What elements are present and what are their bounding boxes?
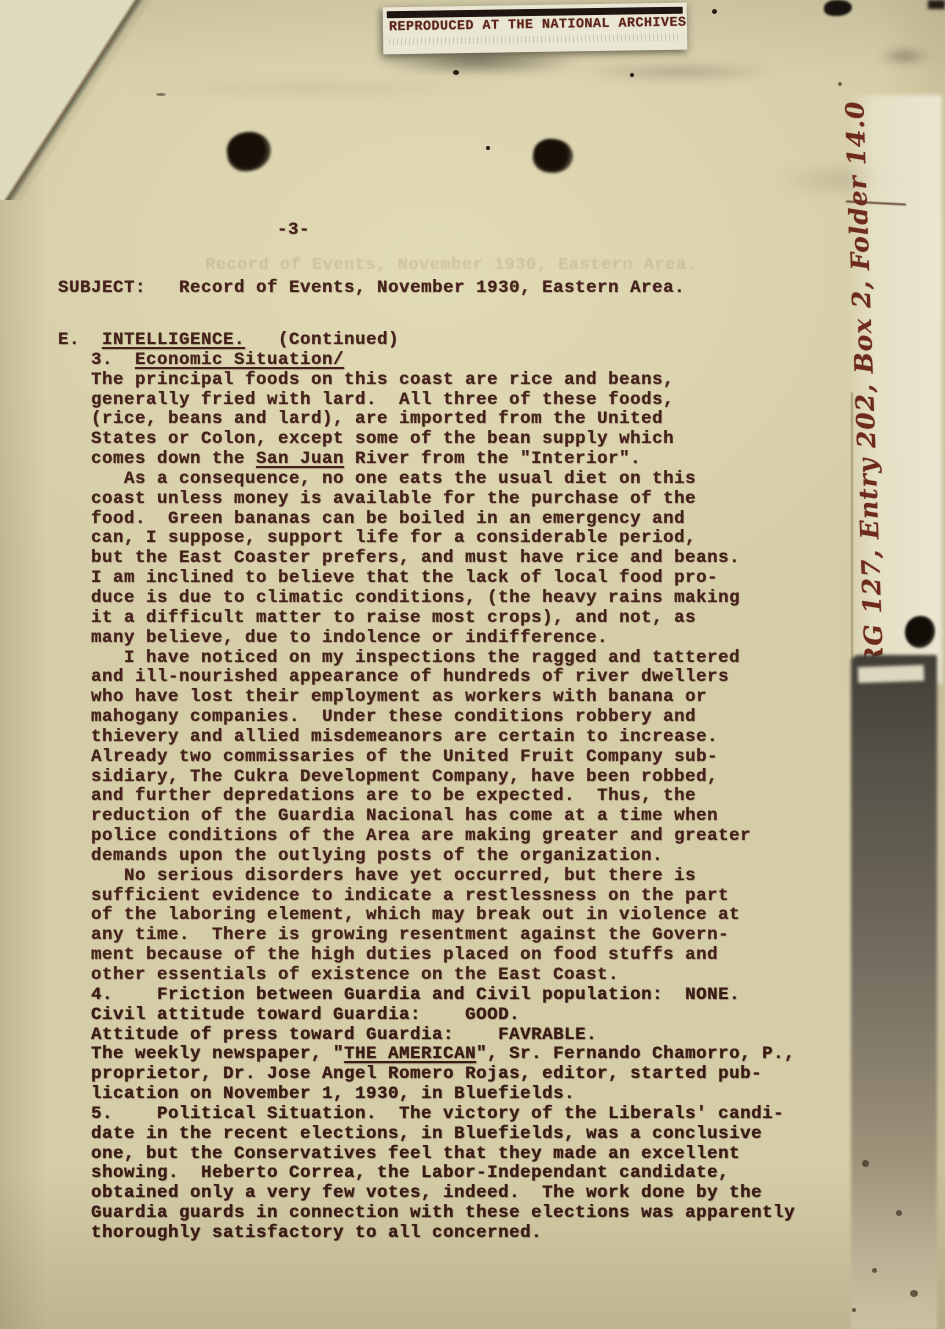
- typed-line: showing. Heberto Correa, the Labor-Indep…: [58, 1164, 795, 1184]
- page-number: -3-: [277, 220, 310, 240]
- national-archives-stamp: REPRODUCED AT THE NATIONAL ARCHIVES: [383, 3, 688, 55]
- typed-line: Already two commissaries of the United F…: [58, 748, 795, 768]
- typed-line: As a consequence, no one eats the usual …: [58, 470, 795, 490]
- typed-line: (rice, beans and lard), are imported fro…: [58, 410, 795, 430]
- typed-line: food. Green bananas can be boiled in an …: [58, 510, 795, 530]
- ink-speck: [896, 1210, 902, 1216]
- ink-speck: [838, 82, 842, 86]
- ink-speck: [712, 9, 717, 14]
- page-corner-fold: [0, 0, 150, 200]
- typed-line: comes down the San Juan River from the "…: [58, 450, 795, 470]
- typed-line: 5. Political Situation. The victory of t…: [58, 1105, 795, 1125]
- typed-line: E. INTELLIGENCE. (Continued): [58, 331, 795, 351]
- typed-line: Guardia guards in connection with these …: [58, 1204, 795, 1224]
- typed-line: duce is due to climatic conditions, (the…: [58, 589, 795, 609]
- stamp-text: REPRODUCED AT THE NATIONAL ARCHIVES: [389, 16, 681, 37]
- scan-dark-band: [851, 655, 937, 1329]
- typed-line: any time. There is growing resentment ag…: [58, 926, 795, 946]
- typed-line: who have lost their employment as worker…: [58, 688, 795, 708]
- typed-line: No serious disorders have yet occurred, …: [58, 867, 795, 887]
- typed-line: Civil attitude toward Guardia: GOOD.: [58, 1006, 795, 1026]
- ink-blob: [824, 0, 852, 16]
- typed-line: it a difficult matter to raise most crop…: [58, 609, 795, 629]
- ink-speck: [156, 93, 166, 96]
- ink-speck: [862, 1160, 869, 1167]
- typed-line: can, I suppose, support life for a consi…: [58, 529, 795, 549]
- scanned-document-page: REPRODUCED AT THE NATIONAL ARCHIVES Reco…: [0, 0, 945, 1329]
- typed-line: thievery and allied misdemeanors are cer…: [58, 728, 795, 748]
- typed-line: sufficient evidence to indicate a restle…: [58, 887, 795, 907]
- ink-smudge: [545, 62, 815, 82]
- typed-line: obtained only a very few votes, indeed. …: [58, 1184, 795, 1204]
- typed-line: reduction of the Guardia Nacional has co…: [58, 807, 795, 827]
- subject-line: SUBJECT: Record of Events, November 1930…: [58, 278, 685, 298]
- subject-value: Record of Events, November 1930, Eastern…: [179, 278, 685, 298]
- typed-line: ment because of the high duties placed o…: [58, 946, 795, 966]
- typed-line: one, but the Conservatives feel that the…: [58, 1145, 795, 1165]
- typed-line: I am inclined to believe that the lack o…: [58, 569, 795, 589]
- paper-edge-notch: [858, 665, 925, 683]
- scan-edge-mark: [928, 0, 945, 9]
- typed-line: many believe, due to indolence or indiff…: [58, 629, 795, 649]
- ink-speck: [486, 146, 490, 150]
- typed-line: demands upon the outlying posts of the o…: [58, 847, 795, 867]
- typed-line: date in the recent elections, in Bluefie…: [58, 1125, 795, 1145]
- typed-line: Attitude of press toward Guardia: FAVRAB…: [58, 1026, 795, 1046]
- punch-hole-left: [225, 129, 274, 174]
- typed-line: The principal foods on this coast are ri…: [58, 371, 795, 391]
- typed-line: generally fried with lard. All three of …: [58, 391, 795, 411]
- typed-line: thoroughly satisfactory to all concerned…: [58, 1224, 795, 1244]
- typed-line: States or Colon, except some of the bean…: [58, 430, 795, 450]
- ink-smudge: [870, 44, 940, 68]
- subject-label: SUBJECT:: [58, 278, 146, 298]
- typed-line: proprietor, Dr. Jose Angel Romero Rojas,…: [58, 1065, 795, 1085]
- typed-line: of the laboring element, which may break…: [58, 906, 795, 926]
- typed-line: lication on November 1, 1930, in Bluefie…: [58, 1085, 795, 1105]
- typed-line: 3. Economic Situation/: [58, 351, 795, 371]
- typed-line: mahogany companies. Under these conditio…: [58, 708, 795, 728]
- ink-speck: [872, 1268, 877, 1273]
- subject-ghost-offset: Record of Events, November 1930, Eastern…: [205, 256, 697, 275]
- typed-line: The weekly newspaper, "THE AMERICAN", Sr…: [58, 1045, 795, 1065]
- ink-speck: [630, 73, 634, 77]
- typed-line: I have noticed on my inspections the rag…: [58, 649, 795, 669]
- page-edge-shadow: [851, 392, 853, 662]
- typed-line: sidiary, The Cukra Development Company, …: [58, 768, 795, 788]
- typed-line: coast unless money is available for the …: [58, 490, 795, 510]
- typed-line: other essentials of existence on the Eas…: [58, 966, 795, 986]
- typed-line: but the East Coaster prefers, and must h…: [58, 549, 795, 569]
- typed-body: E. INTELLIGENCE. (Continued) 3. Economic…: [58, 331, 795, 1244]
- punch-hole-right: [531, 137, 574, 175]
- ink-speck: [852, 1308, 856, 1312]
- typed-line: 4. Friction between Guardia and Civil po…: [58, 986, 795, 1006]
- typed-line: and further depredations are to be expec…: [58, 787, 795, 807]
- typed-line: and ill-nourished appearance of hundreds…: [58, 668, 795, 688]
- ink-speck: [453, 70, 459, 75]
- typed-line: police conditions of the Area are making…: [58, 827, 795, 847]
- ink-speck: [910, 1290, 918, 1297]
